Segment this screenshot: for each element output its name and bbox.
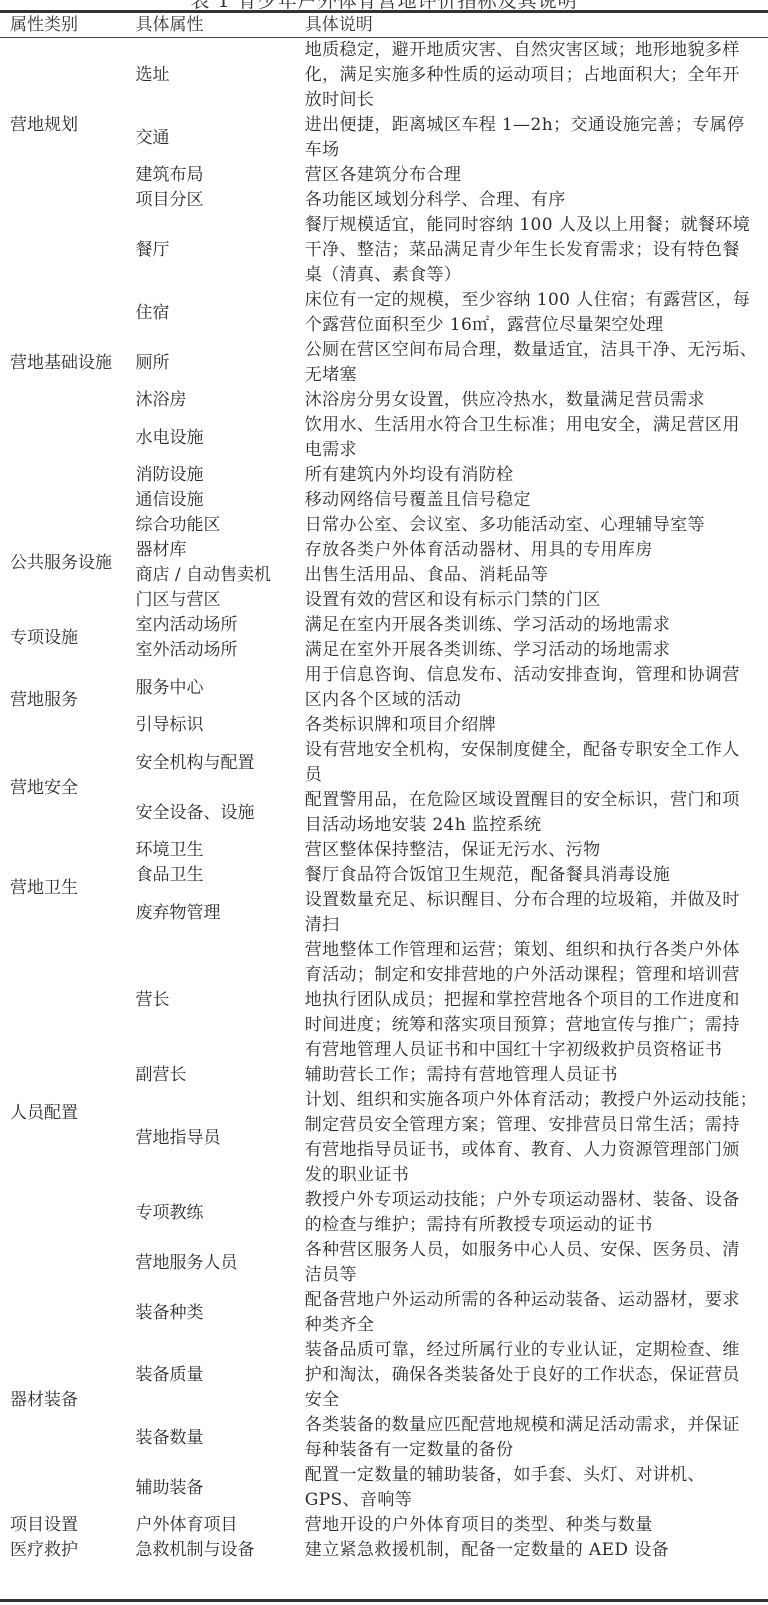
description-cell: 各类装备的数量应匹配营地规模和满足活动需求，并保证 每种装备有一定数量的备份	[305, 1413, 768, 1463]
category-cell: 专项设施	[0, 613, 135, 663]
description-cell: 出售生活用品、食品、消耗品等	[305, 563, 768, 588]
description-cell: 各类标识牌和项目介绍牌	[305, 713, 768, 738]
description-cell: 建立紧急救援机制，配备一定数量的 AED 设备	[305, 1538, 768, 1563]
description-cell: 餐厅规模适宜，能同时容纳 100 人及以上用餐；就餐环境 干净、整洁；菜品满足青…	[305, 213, 768, 288]
attribute-cell: 营地指导员	[135, 1088, 304, 1188]
description-cell: 配备营地户外运动所需的各种运动装备、运动器材，要求 种类齐全	[305, 1288, 768, 1338]
description-cell: 饮用水、生活用水符合卫生标准；用电安全，满足营区用 电需求	[305, 413, 768, 463]
attribute-cell: 商店 / 自动售卖机	[135, 563, 304, 588]
description-cell: 公厕在营区空间布局合理，数量适宜，洁具干净、无污垢、 无堵塞	[305, 338, 768, 388]
category-cell: 器材装备	[0, 1288, 135, 1513]
table-body: 营地规划选址地质稳定，避开地质灾害、自然灾害区域；地形地貌多样 化，满足实施多种…	[0, 38, 768, 1563]
category-cell: 人员配置	[0, 938, 135, 1288]
attribute-cell: 户外体育项目	[135, 1513, 304, 1538]
attribute-cell: 食品卫生	[135, 863, 304, 888]
table-row: 营地基础设施餐厅餐厅规模适宜，能同时容纳 100 人及以上用餐；就餐环境 干净、…	[0, 213, 768, 288]
description-cell: 所有建筑内外均设有消防栓	[305, 463, 768, 488]
attribute-cell: 选址	[135, 38, 304, 113]
attribute-cell: 废弃物管理	[135, 888, 304, 938]
description-cell: 计划、组织和实施各项户外体育活动；教授户外运动技能； 制定营员安全管理方案；管理…	[305, 1088, 768, 1188]
attribute-cell: 营长	[135, 938, 304, 1063]
attribute-cell: 交通	[135, 113, 304, 163]
description-cell: 存放各类户外体育活动器材、用具的专用库房	[305, 538, 768, 563]
description-cell: 餐厅食品符合饭馆卫生规范，配备餐具消毒设施	[305, 863, 768, 888]
table-row: 营地卫生环境卫生营区整体保持整洁，保证无污水、污物	[0, 838, 768, 863]
attribute-cell: 专项教练	[135, 1188, 304, 1238]
attributes-table: 属性类别 具体属性 具体说明 营地规划选址地质稳定，避开地质灾害、自然灾害区域；…	[0, 13, 768, 1563]
attribute-cell: 引导标识	[135, 713, 304, 738]
description-cell: 设置有效的营区和设有标示门禁的门区	[305, 588, 768, 613]
category-cell: 营地安全	[0, 738, 135, 838]
description-cell: 地质稳定，避开地质灾害、自然灾害区域；地形地貌多样 化，满足实施多种性质的运动项…	[305, 38, 768, 113]
description-cell: 床位有一定的规模，至少容纳 100 人住宿；有露营区，每 个露营位面积至少 16…	[305, 288, 768, 338]
attribute-cell: 水电设施	[135, 413, 304, 463]
attribute-cell: 餐厅	[135, 213, 304, 288]
description-cell: 沐浴房分男女设置，供应冷热水，数量满足营员需求	[305, 388, 768, 413]
header-attribute: 具体属性	[135, 13, 304, 38]
attribute-cell: 沐浴房	[135, 388, 304, 413]
description-cell: 配置警用品，在危险区域设置醒目的安全标识，营门和项 目活动场地安装 24h 监控…	[305, 788, 768, 838]
header-row: 属性类别 具体属性 具体说明	[0, 13, 768, 38]
attribute-cell: 室外活动场所	[135, 638, 304, 663]
table-row: 项目设置户外体育项目营地开设的户外体育项目的类型、种类与数量	[0, 1513, 768, 1538]
category-cell: 营地基础设施	[0, 213, 135, 513]
bottom-rule	[0, 1599, 768, 1602]
attribute-cell: 服务中心	[135, 663, 304, 713]
category-cell: 营地服务	[0, 663, 135, 738]
description-cell: 满足在室内开展各类训练、学习活动的场地需求	[305, 613, 768, 638]
attribute-cell: 建筑布局	[135, 163, 304, 188]
description-cell: 设有营地安全机构，安保制度健全，配备专职安全工作人 员	[305, 738, 768, 788]
header-description: 具体说明	[305, 13, 768, 38]
attribute-cell: 厕所	[135, 338, 304, 388]
attribute-cell: 器材库	[135, 538, 304, 563]
category-cell: 公共服务设施	[0, 513, 135, 613]
attribute-cell: 急救机制与设备	[135, 1538, 304, 1563]
description-cell: 营地开设的户外体育项目的类型、种类与数量	[305, 1513, 768, 1538]
description-cell: 设置数量充足、标识醒目、分布合理的垃圾箱，并做及时 清扫	[305, 888, 768, 938]
table-row: 专项设施室内活动场所满足在室内开展各类训练、学习活动的场地需求	[0, 613, 768, 638]
table-row: 营地规划选址地质稳定，避开地质灾害、自然灾害区域；地形地貌多样 化，满足实施多种…	[0, 38, 768, 113]
attribute-cell: 安全设备、设施	[135, 788, 304, 838]
table-row: 医疗救护急救机制与设备建立紧急救援机制，配备一定数量的 AED 设备	[0, 1538, 768, 1563]
description-cell: 营区各建筑分布合理	[305, 163, 768, 188]
attribute-cell: 安全机构与配置	[135, 738, 304, 788]
description-cell: 营区整体保持整洁，保证无污水、污物	[305, 838, 768, 863]
description-cell: 配置一定数量的辅助装备，如手套、头灯、对讲机、 GPS、音响等	[305, 1463, 768, 1513]
attribute-cell: 装备数量	[135, 1413, 304, 1463]
attribute-cell: 辅助装备	[135, 1463, 304, 1513]
category-cell: 营地规划	[0, 38, 135, 213]
attribute-cell: 室内活动场所	[135, 613, 304, 638]
description-cell: 各种营区服务人员，如服务中心人员、安保、医务员、清 洁员等	[305, 1238, 768, 1288]
attribute-cell: 住宿	[135, 288, 304, 338]
table-row: 营地服务服务中心用于信息咨询、信息发布、活动安排查询，管理和协调营 区内各个区域…	[0, 663, 768, 713]
attribute-cell: 营地服务人员	[135, 1238, 304, 1288]
description-cell: 用于信息咨询、信息发布、活动安排查询，管理和协调营 区内各个区域的活动	[305, 663, 768, 713]
description-cell: 装备品质可靠，经过所属行业的专业认证，定期检查、维 护和淘汰，确保各类装备处于良…	[305, 1338, 768, 1413]
description-cell: 日常办公室、会议室、多功能活动室、心理辅导室等	[305, 513, 768, 538]
attribute-cell: 装备种类	[135, 1288, 304, 1338]
attribute-cell: 门区与营区	[135, 588, 304, 613]
description-cell: 移动网络信号覆盖且信号稳定	[305, 488, 768, 513]
description-cell: 辅助营长工作；需持有营地管理人员证书	[305, 1063, 768, 1088]
attribute-cell: 消防设施	[135, 463, 304, 488]
category-cell: 医疗救护	[0, 1538, 135, 1563]
category-cell: 项目设置	[0, 1513, 135, 1538]
description-cell: 教授户外专项运动技能；户外专项运动器材、装备、设备 的检查与维护；需持有所教授专…	[305, 1188, 768, 1238]
table-title: 表 1 青少年户外体育营地评价指标及其说明	[0, 0, 768, 8]
attribute-cell: 环境卫生	[135, 838, 304, 863]
table-row: 公共服务设施综合功能区日常办公室、会议室、多功能活动室、心理辅导室等	[0, 513, 768, 538]
header-category: 属性类别	[0, 13, 135, 38]
description-cell: 满足在室外开展各类训练、学习活动的场地需求	[305, 638, 768, 663]
description-cell: 营地整体工作管理和运营；策划、组织和执行各类户外体 育活动；制定和安排营地的户外…	[305, 938, 768, 1063]
description-cell: 各功能区域划分科学、合理、有序	[305, 188, 768, 213]
attribute-cell: 副营长	[135, 1063, 304, 1088]
table-row: 器材装备装备种类配备营地户外运动所需的各种运动装备、运动器材，要求 种类齐全	[0, 1288, 768, 1338]
attribute-cell: 装备质量	[135, 1338, 304, 1413]
category-cell: 营地卫生	[0, 838, 135, 938]
attribute-cell: 综合功能区	[135, 513, 304, 538]
table-row: 人员配置营长营地整体工作管理和运营；策划、组织和执行各类户外体 育活动；制定和安…	[0, 938, 768, 1063]
attribute-cell: 项目分区	[135, 188, 304, 213]
table-row: 营地安全安全机构与配置设有营地安全机构，安保制度健全，配备专职安全工作人 员	[0, 738, 768, 788]
attribute-cell: 通信设施	[135, 488, 304, 513]
description-cell: 进出便捷，距离城区车程 1—2h；交通设施完善；专属停 车场	[305, 113, 768, 163]
